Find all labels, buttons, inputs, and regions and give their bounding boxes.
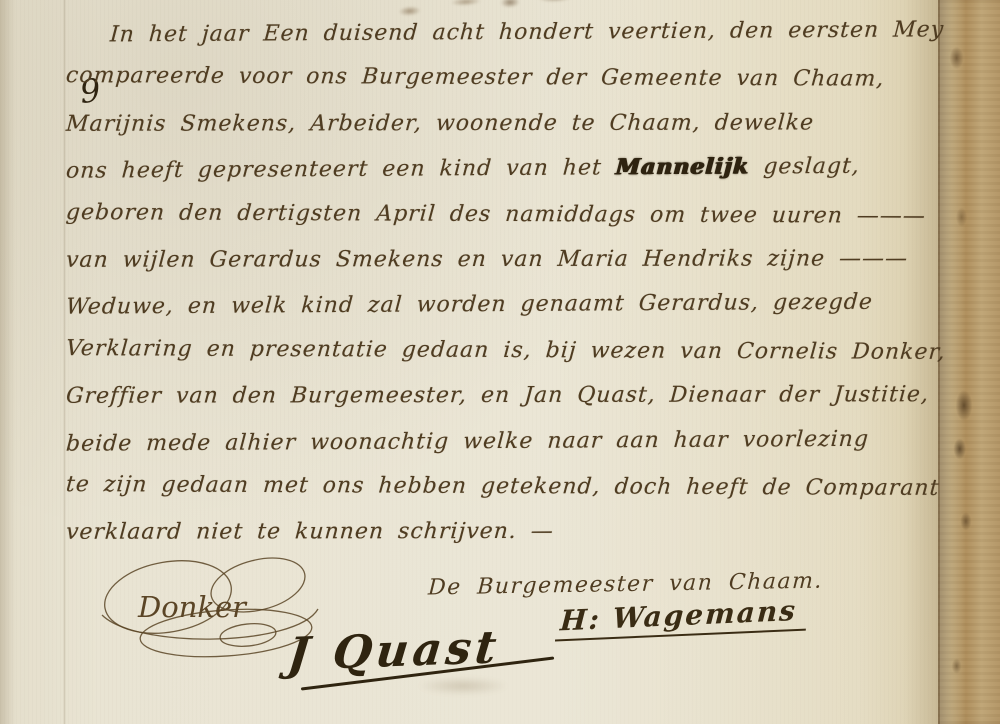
signature-quast: J Quast — [285, 620, 503, 681]
record-line-6: van wijlen Gerardus Smekens en van Maria… — [64, 236, 941, 283]
signature-donker: Donker — [137, 590, 248, 624]
overwritten-word: Mannelijk — [615, 154, 750, 181]
record-line-5: geboren den dertigsten April des namidda… — [64, 190, 941, 239]
record-line-8: Verklaring en presentatie gedaan is, bij… — [64, 326, 941, 375]
record-line-11: te zijn gedaan met ons hebben getekend, … — [64, 462, 941, 511]
record-body: In het jaar Een duisend acht hondert vee… — [66, 10, 940, 555]
record-line-7: Weduwe, en welk kind zal worden genaamt … — [65, 280, 942, 331]
record-line-2: compareerde voor ons Burgemeester der Ge… — [64, 53, 941, 102]
record-line-12: verklaard niet te kunnen schrijven. — — [64, 509, 941, 556]
record-line-3: Marijnis Smekens, Arbeider, woonende te … — [64, 100, 941, 147]
register-binding-edge — [938, 0, 1000, 724]
manuscript-page: 9 In het jaar Een duisend acht hondert v… — [0, 0, 1000, 724]
record-line-4-post: geslagt, — [749, 154, 861, 180]
record-line-1: In het jaar Een duisend acht hondert vee… — [65, 7, 942, 58]
record-line-4-pre: ons heeft gepresenteert een kind van het — [65, 155, 616, 183]
record-line-10: beide mede alhier woonachtig welke naar … — [65, 416, 942, 467]
record-line-9: Greffier van den Burgemeester, en Jan Qu… — [64, 372, 941, 419]
record-line-4: ons heeft gepresenteert een kind van het… — [65, 143, 942, 194]
signature-wagemans: H: Wagemans — [555, 593, 808, 641]
page-left-edge — [0, 0, 16, 724]
